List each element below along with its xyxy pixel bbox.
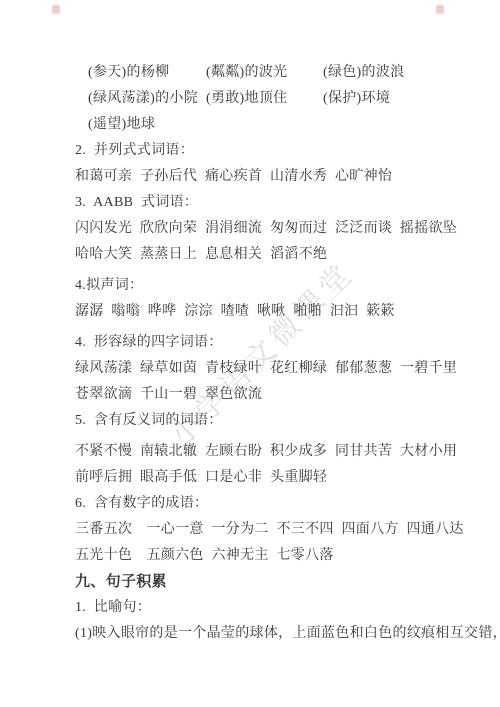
chapter-title: 九、句子积累 bbox=[75, 569, 475, 595]
section-heading: 3. AABB 式词语： bbox=[75, 190, 475, 216]
word-line: 三番五次 一心一意 一分为二 不三不四 四面八方 四通八达 bbox=[75, 517, 475, 543]
collocation-item: (保护)环境 bbox=[323, 86, 390, 112]
collocation-row: (绿风荡漾)的小院 (勇敢)地顶住 (保护)环境 bbox=[75, 86, 475, 112]
section-heading: 1. 比喻句： bbox=[75, 595, 475, 621]
collocation-item: (绿色)的波浪 bbox=[323, 60, 404, 86]
word-line: 绿风荡漾 绿草如茵 青枝绿叶 花红柳绿 郁郁葱葱 一碧千里 bbox=[75, 356, 475, 382]
word-line: 不紧不慢 南辕北辙 左顾右盼 积少成多 同甘共苦 大材小用 bbox=[75, 439, 475, 465]
red-corner-mark-right bbox=[436, 5, 444, 14]
word-line: 苍翠欲滴 千山一碧 翠色欲流 bbox=[75, 382, 475, 408]
collocation-item: (遥望)地球 bbox=[88, 112, 155, 138]
section-heading: 4. 形容绿的四字词语： bbox=[75, 330, 475, 356]
word-line: 五光十色 五颜六色 六神无主 七零八落 bbox=[75, 543, 475, 569]
collocation-row: (参天)的杨柳 (粼粼)的波光 (绿色)的波浪 bbox=[75, 60, 475, 86]
collocation-item: (参天)的杨柳 bbox=[88, 60, 169, 86]
word-line: 前呼后拥 眼高手低 口是心非 头重脚轻 bbox=[75, 465, 475, 491]
section-heading: 5. 含有反义词的词语： bbox=[75, 408, 475, 434]
document-page: 小学语文微课堂 (参天)的杨柳 (粼粼)的波光 (绿色)的波浪 (绿风荡漾)的小… bbox=[0, 0, 500, 707]
section-heading: 6. 含有数字的成语： bbox=[75, 491, 475, 517]
word-line: 闪闪发光 欣欣向荣 涓涓细流 匆匆而过 泛泛而谈 摇摇欲坠 bbox=[75, 216, 475, 242]
section-heading: 4.拟声词： bbox=[75, 273, 475, 299]
collocation-item: (粼粼)的波光 bbox=[206, 60, 287, 86]
sentence-line: (1)映入眼帘的是一个晶莹的球体，上面蓝色和白色的纹痕相互交错， bbox=[75, 621, 475, 647]
collocation-item: (绿风荡漾)的小院 bbox=[88, 86, 198, 112]
word-line: 和蔼可亲 子孙后代 痛心疾首 山清水秀 心旷神怡 bbox=[75, 164, 475, 190]
red-corner-mark-left bbox=[52, 5, 60, 14]
section-heading: 2. 并列式式词语： bbox=[75, 138, 475, 164]
collocation-item: (勇敢)地顶住 bbox=[206, 86, 287, 112]
word-line: 哈哈大笑 蒸蒸日上 息息相关 滔滔不绝 bbox=[75, 242, 475, 268]
collocation-row: (遥望)地球 bbox=[75, 112, 475, 138]
word-line: 潺潺 嗡嗡 哗哗 淙淙 喳喳 啾啾 啪啪 汩汩 簌簌 bbox=[75, 299, 475, 325]
document-content: (参天)的杨柳 (粼粼)的波光 (绿色)的波浪 (绿风荡漾)的小院 (勇敢)地顶… bbox=[75, 60, 475, 647]
